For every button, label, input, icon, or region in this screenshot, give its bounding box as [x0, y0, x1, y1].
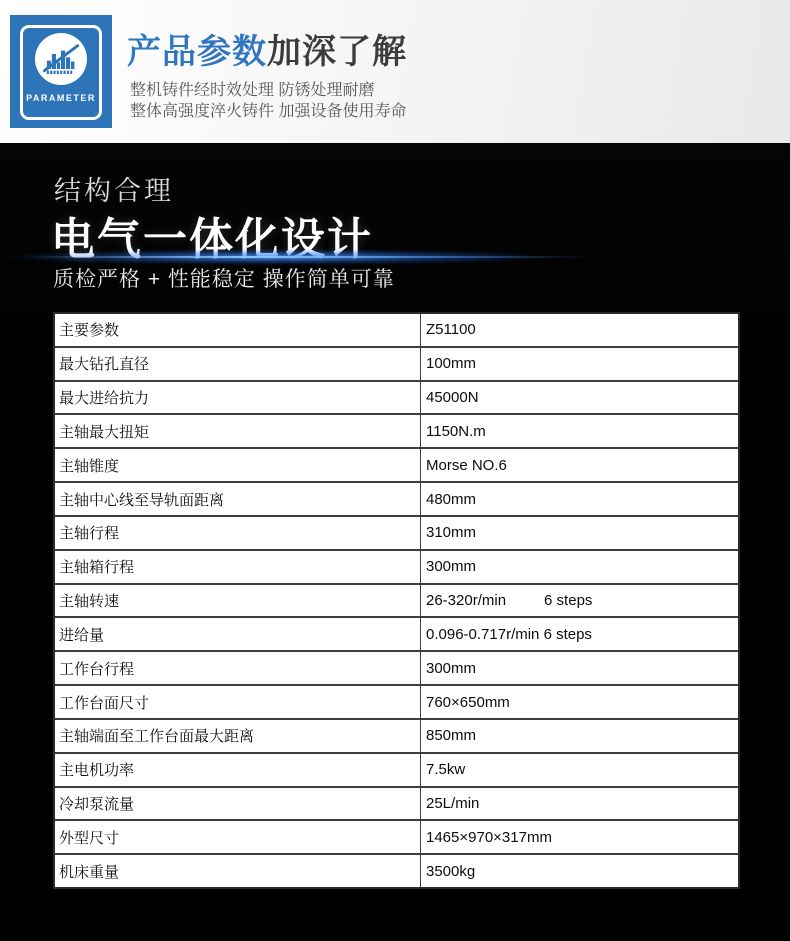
table-row: 工作台面尺寸760×650mm [55, 684, 738, 718]
spec-label: 冷却泵流量 [55, 788, 420, 820]
page-title-rest: 加深了解 [267, 33, 407, 71]
table-row: 冷却泵流量25L/min [55, 786, 738, 820]
table-row: 主轴中心线至导轨面距离480mm [55, 481, 738, 515]
page-title-highlight: 产品参数 [127, 33, 267, 71]
spec-label: 主轴转速 [55, 585, 420, 617]
spec-value: 300mm [420, 652, 738, 684]
spec-label: 主轴锥度 [55, 449, 420, 481]
spec-label: 主轴中心线至导轨面距离 [55, 483, 420, 515]
specs-table: 主要参数Z51100最大钻孔直径100mm最大进给抗力45000N主轴最大扭矩1… [53, 312, 740, 889]
bar-chart-trend-icon [41, 39, 81, 79]
spec-value: 760×650mm [420, 686, 738, 718]
spec-label: 进给量 [55, 618, 420, 650]
spec-value: 100mm [420, 348, 738, 380]
header: PARAMETER 产品参数加深了解 整机铸件经时效处理 防锈处理耐磨 整体高强… [0, 0, 790, 143]
badge-label: PARAMETER [26, 93, 96, 103]
spec-label: 工作台面尺寸 [55, 686, 420, 718]
table-row: 主轴箱行程300mm [55, 549, 738, 583]
spec-value: Morse NO.6 [420, 449, 738, 481]
spec-label: 工作台行程 [55, 652, 420, 684]
header-subtitle-1: 整机铸件经时效处理 防锈处理耐磨 [130, 81, 374, 101]
table-row: 主轴最大扭矩1150N.m [55, 413, 738, 447]
table-row: 进给量0.096-0.717r/min 6 steps [55, 616, 738, 650]
spec-value: 26-320r/min6 steps [420, 585, 738, 617]
banner-tagline: 质检严格 + 性能稳定 操作简单可靠 [53, 263, 395, 293]
spec-value: Z51100 [420, 314, 738, 346]
spec-value: 3500kg [420, 855, 738, 887]
title-block: 产品参数加深了解 [127, 30, 407, 74]
table-row: 主轴端面至工作台面最大距离850mm [55, 718, 738, 752]
spec-value: 850mm [420, 720, 738, 752]
table-row: 工作台行程300mm [55, 650, 738, 684]
spec-value: 7.5kw [420, 754, 738, 786]
table-row: 主电机功率7.5kw [55, 752, 738, 786]
spec-label: 主轴最大扭矩 [55, 415, 420, 447]
spec-value: 45000N [420, 382, 738, 414]
spec-label: 主轴箱行程 [55, 551, 420, 583]
table-row: 主轴转速26-320r/min6 steps [55, 583, 738, 617]
spec-label: 主电机功率 [55, 754, 420, 786]
spec-value: 0.096-0.717r/min 6 steps [420, 618, 738, 650]
light-streak-core [30, 256, 590, 258]
spec-label: 最大钻孔直径 [55, 348, 420, 380]
spec-value: 310mm [420, 517, 738, 549]
spec-label: 主轴行程 [55, 517, 420, 549]
spec-value: 300mm [420, 551, 738, 583]
spec-label: 机床重量 [55, 855, 420, 887]
dark-banner-section: 结构合理 电气一体化设计 质检严格 + 性能稳定 操作简单可靠 主要参数Z511… [0, 143, 790, 941]
table-row: 主轴锥度Morse NO.6 [55, 447, 738, 481]
spec-value-extra: 6 steps [544, 592, 592, 609]
table-row: 主要参数Z51100 [55, 314, 738, 346]
spec-value: 480mm [420, 483, 738, 515]
spec-label: 最大进给抗力 [55, 382, 420, 414]
spec-label: 主要参数 [55, 314, 420, 346]
spec-value: 25L/min [420, 788, 738, 820]
parameter-badge: PARAMETER [10, 15, 112, 128]
spec-label: 主轴端面至工作台面最大距离 [55, 720, 420, 752]
table-row: 最大进给抗力45000N [55, 380, 738, 414]
spec-value: 1465×970×317mm [420, 821, 738, 853]
table-row: 外型尺寸1465×970×317mm [55, 819, 738, 853]
table-row: 最大钻孔直径100mm [55, 346, 738, 380]
spec-value: 1150N.m [420, 415, 738, 447]
header-subtitle-2: 整体高强度淬火铸件 加强设备使用寿命 [130, 102, 406, 122]
badge-circle [35, 33, 87, 85]
page-title: 产品参数加深了解 [127, 30, 407, 74]
table-row: 主轴行程310mm [55, 515, 738, 549]
product-parameter-page: PARAMETER 产品参数加深了解 整机铸件经时效处理 防锈处理耐磨 整体高强… [0, 0, 790, 941]
table-row: 机床重量3500kg [55, 853, 738, 887]
spec-label: 外型尺寸 [55, 821, 420, 853]
